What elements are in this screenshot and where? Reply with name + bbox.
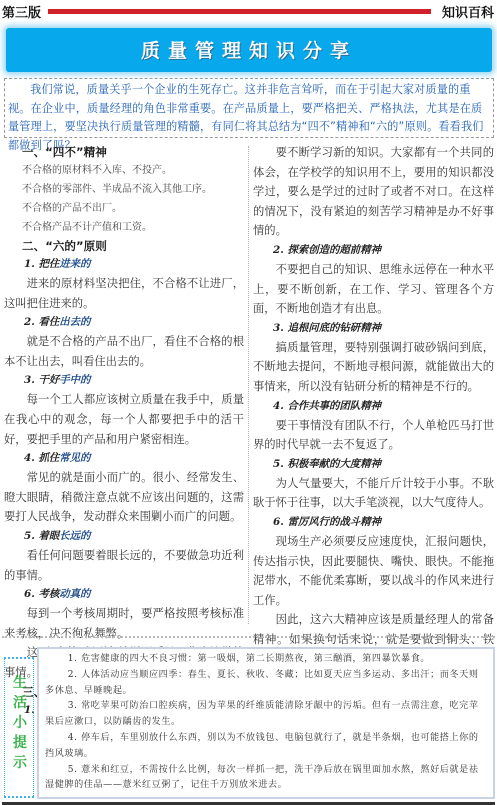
spirit-text: 搞质量管理，要特别强调打破砂锅问到底，不断地去提问，不断地寻根问源，就能做出大的… bbox=[253, 338, 494, 397]
principle-text: 常见的就是面小而广的。很小、经常发生、瞪大眼睛，稍微注意点就不应该出问题的，这需… bbox=[4, 468, 244, 527]
principle-prefix: 6. 考核 bbox=[24, 588, 59, 600]
principle-highlight: 手中的 bbox=[59, 374, 90, 386]
principle-title: 5. 着眼长远的 bbox=[4, 527, 244, 546]
spirit-text: 要不断学习新的知识。大家都有一个共同的体会，在学校学的知识用不上，要用的知识都没… bbox=[253, 143, 494, 241]
principle-prefix: 2. 看住 bbox=[24, 316, 59, 328]
principle-title: 2. 看住出去的 bbox=[4, 313, 244, 332]
tips-box: 1. 危害健康的四大不良习惯：第一吸烟，第二长期熬夜，第三酗酒，第四暴饮暴食。 … bbox=[37, 647, 495, 799]
tips-side-panel: 生活小提示 bbox=[4, 657, 34, 798]
principle-highlight: 出去的 bbox=[59, 316, 90, 328]
spirit-text: 要干事情没有团队不行，个人单枪匹马打世界的时代早就一去不复返了。 bbox=[253, 416, 494, 455]
principle-text: 就是不合格的产品不出厂，看住不合格的根本不让出去，叫看住出去的。 bbox=[4, 332, 244, 371]
left-column: 一、“四不”精神 不合格的原材料不入库、不投产。 不合格的零部件、半成品不流入其… bbox=[4, 143, 244, 720]
tips-label: 生活小提示 bbox=[10, 673, 30, 773]
title-banner: 质量管理知识分享 bbox=[6, 28, 492, 72]
tip-item: 1. 危害健康的四大不良习惯：第一吸烟，第二长期熬夜，第三酗酒，第四暴饮暴食。 bbox=[45, 652, 487, 668]
tip-item: 4. 停车后，车里别放什么东西，别以为不放钱包、电脑包就行了，就是半条烟，也可能… bbox=[45, 731, 487, 763]
principle-highlight: 动真的 bbox=[59, 588, 90, 600]
principle-highlight: 常见的 bbox=[59, 452, 90, 464]
spirit-title: 2. 探索创造的超前精神 bbox=[253, 241, 494, 260]
intro-box: 我们常说，质量关乎一个企业的生死存亡。这并非危言耸听，而在于引起大家对质量的重视… bbox=[4, 78, 494, 138]
section-label: 知识百科 bbox=[442, 2, 494, 21]
principle-prefix: 4. 抓住 bbox=[24, 452, 59, 464]
tip-item: 5. 薏米和红豆，不需按什么比例，每次一样抓一把，洗干净后放在锅里面加水熬，熬好… bbox=[45, 763, 487, 795]
page-title: 质量管理知识分享 bbox=[6, 36, 492, 63]
principle-highlight: 长远的 bbox=[59, 530, 90, 542]
four-nos-item: 不合格的原材料不入库、不投产。 bbox=[4, 161, 244, 180]
spirit-title: 3. 追根问底的钻研精神 bbox=[253, 319, 494, 338]
spirit-title: 4. 合作共事的团队精神 bbox=[253, 397, 494, 416]
column-divider bbox=[248, 146, 249, 624]
principle-title: 6. 考核动真的 bbox=[4, 585, 244, 604]
section-heading-four-nos: 一、“四不”精神 bbox=[4, 143, 244, 161]
principle-prefix: 5. 着眼 bbox=[24, 530, 59, 542]
principle-text: 看任何问题要着眼长远的，不要做急功近利的事情。 bbox=[4, 546, 244, 585]
tip-item: 2. 人体活动应当顺应四季：春生、夏长、秋收、冬藏；比如夏天应当多运动、多出汗；… bbox=[45, 668, 487, 700]
edition-label: 第三版 bbox=[2, 2, 41, 21]
spirit-text: 现场生产必须要反应速度快，汇报问题快，传达指示快，因此要腿快、嘴快、眼快。不能拖… bbox=[253, 532, 494, 610]
principle-text: 进来的原材料坚决把住，不合格不让进厂，这叫把住进来的。 bbox=[4, 274, 244, 313]
principle-prefix: 1. 把住 bbox=[24, 258, 59, 270]
principle-highlight: 进来的 bbox=[59, 258, 90, 270]
section-separator bbox=[2, 636, 495, 638]
spirit-text: 不要把自己的知识、思维永远停在一种水平上，要不断创新，在工作、学习、管理各个方面… bbox=[253, 260, 494, 319]
spirit-title: 5. 积极奉献的大度精神 bbox=[253, 455, 494, 474]
spirit-title: 6. 雷厉风行的战斗精神 bbox=[253, 513, 494, 532]
spirit-text: 为人气量要大，不能斤斤计较于小事。不耿耿于怀于往事，以大手笔淡视，以大气度待人。 bbox=[253, 474, 494, 513]
four-nos-item: 不合格产品不计产值和工资。 bbox=[4, 218, 244, 237]
principle-title: 1. 把住进来的 bbox=[4, 255, 244, 274]
header-rule bbox=[48, 9, 431, 14]
principle-title: 4. 抓住常见的 bbox=[4, 449, 244, 468]
section-heading-six-principles: 二、“六的”原则 bbox=[4, 237, 244, 255]
tip-item: 3. 常吃苹果可防治口腔疾病，因为苹果的纤维质能清除牙龈中的污垢。但有一点需注意… bbox=[45, 699, 487, 731]
principle-title: 3. 干好手中的 bbox=[4, 371, 244, 390]
principle-prefix: 3. 干好 bbox=[24, 374, 59, 386]
page-header: 第三版 知识百科 bbox=[0, 0, 497, 22]
four-nos-item: 不合格的产品不出厂。 bbox=[4, 199, 244, 218]
four-nos-item: 不合格的零部件、半成品不流入其他工序。 bbox=[4, 180, 244, 199]
principle-text: 每一个工人都应该树立质量在我手中，质量在我心中的观念，每一个人都要把手中的活干好… bbox=[4, 390, 244, 449]
